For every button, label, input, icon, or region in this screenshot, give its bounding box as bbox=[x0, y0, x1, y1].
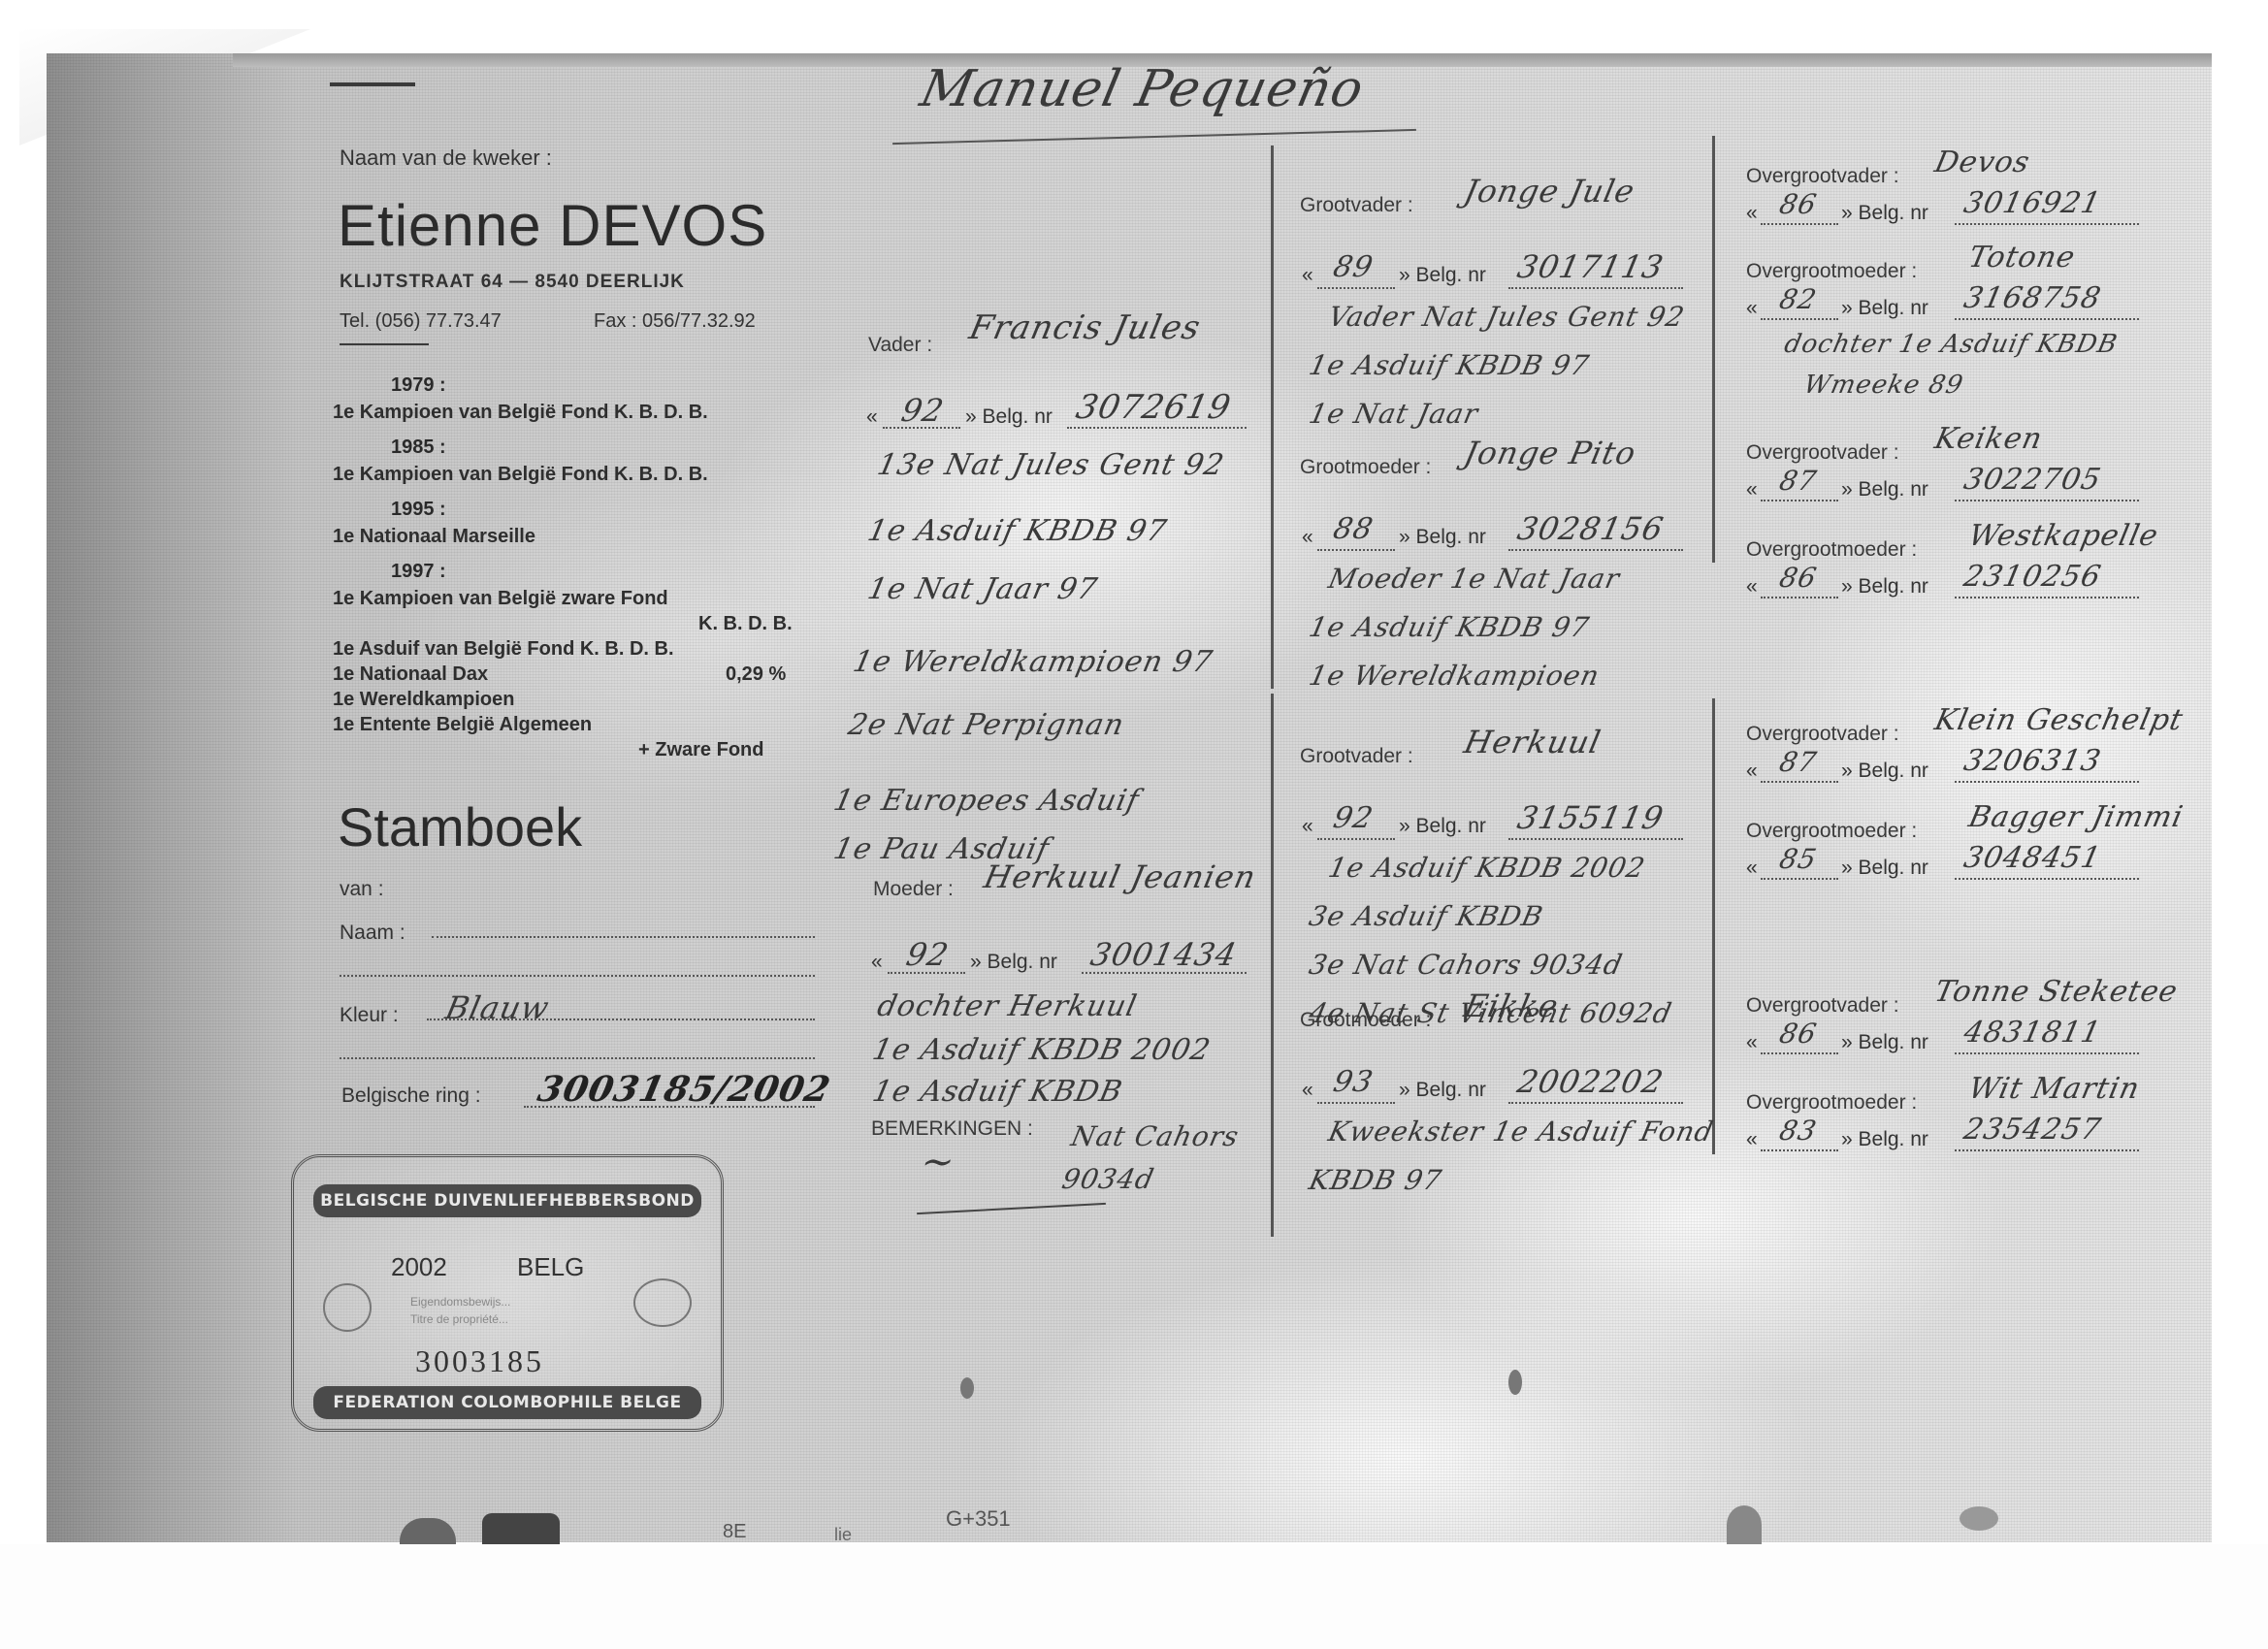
column-divider bbox=[1712, 136, 1715, 563]
overgrootmoeder-4-belg-label: » Belg. nr bbox=[1841, 1128, 1928, 1151]
overgrootvader-3-year-line bbox=[1761, 781, 1838, 783]
achievement-line: 1e Wereldkampioen bbox=[333, 689, 514, 711]
grootmoeder-1-note: Moeder 1e Nat Jaar bbox=[1325, 563, 1623, 595]
achievement-line: K. B. D. B. bbox=[698, 613, 793, 635]
overgrootvader-4-year-open: « bbox=[1746, 1031, 1758, 1054]
overgrootvader-1-label: Overgrootvader : bbox=[1746, 165, 1899, 188]
moeder-year-open: « bbox=[871, 951, 883, 974]
grootmoeder-1-label: Grootmoeder : bbox=[1300, 456, 1431, 479]
moeder-belg-line bbox=[1082, 972, 1247, 974]
grootmoeder-2-year-line bbox=[1317, 1102, 1395, 1104]
vader-year-line bbox=[883, 427, 960, 429]
overgrootvader-2-name: Keiken bbox=[1931, 422, 2046, 456]
grootvader-2-year-line bbox=[1317, 838, 1395, 840]
naam-field-line2 bbox=[340, 975, 815, 977]
overgrootmoeder-3-year-line bbox=[1761, 878, 1838, 880]
vader-belg-label: » Belg. nr bbox=[965, 405, 1053, 429]
grootmoeder-2-belg-line bbox=[1508, 1102, 1683, 1104]
overgrootvader-3-belg-nr: 3206313 bbox=[1960, 744, 2104, 778]
overgrootvader-2-label: Overgrootvader : bbox=[1746, 441, 1899, 465]
achievement-year: 1985 : bbox=[391, 436, 446, 459]
breeder-phone: Tel. (056) 77.73.47 bbox=[340, 310, 502, 333]
grootvader-2-label: Grootvader : bbox=[1300, 745, 1413, 768]
grootvader-1-name: Jonge Jule bbox=[1461, 173, 1638, 210]
kleur-label: Kleur : bbox=[340, 1004, 399, 1027]
overgrootvader-4-year: 86 bbox=[1776, 1018, 1820, 1050]
overgrootvader-4-belg-line bbox=[1955, 1052, 2139, 1054]
grootvader-1-year: 89 bbox=[1330, 250, 1377, 284]
kleur-field-line2 bbox=[340, 1057, 815, 1059]
grootvader-1-note: 1e Nat Jaar bbox=[1306, 398, 1481, 430]
achievement-line: 1e Kampioen van België Fond K. B. D. B. bbox=[333, 402, 708, 424]
overgrootvader-1-belg-nr: 3016921 bbox=[1960, 186, 2104, 220]
grootvader-2-belg-label: » Belg. nr bbox=[1399, 815, 1486, 838]
overgrootmoeder-1-note: Wmeeke 89 bbox=[1801, 371, 1966, 400]
kleur-value: Blauw bbox=[442, 989, 553, 1026]
overgrootmoeder-3-name: Bagger Jimmi bbox=[1965, 800, 2187, 834]
bottom-text: G+351 bbox=[946, 1506, 1011, 1532]
overgrootmoeder-1-label: Overgrootmoeder : bbox=[1746, 260, 1917, 283]
vader-note: 1e Wereldkampioen 97 bbox=[850, 645, 1215, 679]
grootvader-1-note: Vader Nat Jules Gent 92 bbox=[1325, 301, 1687, 333]
belg-nr-label: Belg. nr bbox=[1416, 264, 1486, 286]
vader-note: 1e Asduif KBDB 97 bbox=[864, 514, 1170, 548]
owner-signature: Manuel Pequeño bbox=[916, 60, 1370, 118]
moeder-name: Herkuul Jeanien bbox=[981, 858, 1259, 895]
grootmoeder-2-belg-label: » Belg. nr bbox=[1399, 1079, 1486, 1102]
overgrootmoeder-4-label: Overgrootmoeder : bbox=[1746, 1091, 1917, 1115]
van-label: van : bbox=[340, 878, 384, 901]
overgrootmoeder-1-name: Totone bbox=[1965, 241, 2078, 275]
achievement-line: 1e Asduif van België Fond K. B. D. B. bbox=[333, 638, 674, 661]
grootmoeder-2-name: Eikke bbox=[1461, 987, 1562, 1024]
belg-nr-label: Belg. nr bbox=[1859, 297, 1928, 319]
overgrootmoeder-4-year: 83 bbox=[1776, 1115, 1820, 1147]
grootmoeder-2-note: KBDB 97 bbox=[1306, 1164, 1444, 1196]
top-dash-mark bbox=[330, 82, 415, 86]
bottom-text: 8E bbox=[723, 1521, 746, 1543]
grootmoeder-1-belg-nr: 3028156 bbox=[1514, 510, 1668, 547]
grootmoeder-1-year: 88 bbox=[1330, 512, 1377, 546]
achievement-dax-value: 0,29 % bbox=[726, 663, 786, 686]
scan-bottom-margin bbox=[0, 1544, 2268, 1649]
kleur-field bbox=[427, 1018, 815, 1020]
vader-belg-line bbox=[1067, 427, 1247, 429]
overgrootmoeder-2-name: Westkapelle bbox=[1965, 519, 2161, 553]
achievement-year: 1995 : bbox=[391, 499, 446, 521]
overgrootvader-3-year-open: « bbox=[1746, 760, 1758, 783]
overgrootmoeder-3-belg-nr: 3048451 bbox=[1960, 841, 2104, 875]
grootvader-2-belg-nr: 3155119 bbox=[1514, 799, 1668, 836]
naam-label: Naam : bbox=[340, 921, 405, 945]
overgrootmoeder-2-year: 86 bbox=[1776, 562, 1820, 594]
grootmoeder-1-name: Jonge Pito bbox=[1461, 435, 1639, 471]
bottom-fragment bbox=[1960, 1506, 1998, 1531]
overgrootmoeder-2-belg-line bbox=[1955, 597, 2139, 598]
overgrootvader-1-belg-label: » Belg. nr bbox=[1841, 202, 1928, 225]
breeder-rule bbox=[340, 343, 429, 345]
grootvader-1-belg-nr: 3017113 bbox=[1514, 248, 1668, 285]
achievement-line: 1e Kampioen van België Fond K. B. D. B. bbox=[333, 464, 708, 486]
overgrootmoeder-1-note: dochter 1e Asduif KBDB bbox=[1782, 330, 2121, 359]
overgrootvader-2-year-open: « bbox=[1746, 478, 1758, 501]
moeder-note: 1e Asduif KBDB 2002 bbox=[869, 1033, 1214, 1067]
overgrootmoeder-2-belg-label: » Belg. nr bbox=[1841, 575, 1928, 598]
seal-emblem-right bbox=[633, 1278, 692, 1327]
overgrootvader-3-year: 87 bbox=[1776, 746, 1820, 778]
grootvader-1-year-line bbox=[1317, 287, 1395, 289]
overgrootvader-4-year-line bbox=[1761, 1052, 1838, 1054]
seal-faint-line: Titre de propriété... bbox=[410, 1312, 508, 1326]
punch-hole bbox=[1508, 1370, 1522, 1395]
bemerkingen-value: Nat Cahors 9034d bbox=[1058, 1115, 1280, 1201]
belg-nr-label: Belg. nr bbox=[988, 951, 1057, 973]
grootvader-2-name: Herkuul bbox=[1461, 724, 1604, 760]
belg-nr-label: Belg. nr bbox=[1859, 857, 1928, 879]
belg-nr-label: Belg. nr bbox=[1416, 526, 1486, 548]
breeder-label: Naam van de kweker : bbox=[340, 145, 552, 171]
seal-year: 2002 bbox=[391, 1252, 447, 1282]
column-divider bbox=[1271, 145, 1274, 689]
overgrootmoeder-4-name: Wit Martin bbox=[1965, 1072, 2143, 1106]
vader-year: 92 bbox=[898, 392, 948, 429]
overgrootvader-4-label: Overgrootvader : bbox=[1746, 994, 1899, 1018]
overgrootvader-3-belg-line bbox=[1955, 781, 2139, 783]
overgrootmoeder-2-year-open: « bbox=[1746, 575, 1758, 598]
belg-nr-label: Belg. nr bbox=[1859, 760, 1928, 782]
achievement-line: 1e Kampioen van België zware Fond bbox=[333, 588, 668, 610]
overgrootmoeder-1-year-line bbox=[1761, 318, 1838, 320]
seal-country: BELG bbox=[517, 1252, 584, 1282]
grootvader-1-label: Grootvader : bbox=[1300, 194, 1413, 217]
punch-hole bbox=[960, 1377, 974, 1399]
breeder-name: Etienne DEVOS bbox=[338, 192, 767, 259]
grootvader-2-note: 3e Nat Cahors 9034d bbox=[1306, 949, 1625, 981]
vader-name: Francis Jules bbox=[966, 308, 1205, 347]
overgrootvader-4-belg-nr: 4831811 bbox=[1960, 1016, 2104, 1050]
overgrootvader-2-belg-nr: 3022705 bbox=[1960, 463, 2104, 497]
bemerkingen-label: BEMERKINGEN : bbox=[871, 1117, 1033, 1141]
breeder-address: KLIJTSTRAAT 64 — 8540 DEERLIJK bbox=[340, 272, 685, 293]
grootmoeder-2-label: Grootmoeder : bbox=[1300, 1009, 1431, 1032]
achievement-line: 1e Nationaal Dax bbox=[333, 663, 488, 686]
seal-faint-line: Eigendomsbewijs... bbox=[410, 1295, 510, 1309]
achievement-year: 1979 : bbox=[391, 374, 446, 397]
grootvader-2-note: 3e Asduif KBDB bbox=[1306, 900, 1546, 932]
belg-nr-label: Belg. nr bbox=[1859, 478, 1928, 501]
belg-nr-label: Belg. nr bbox=[1859, 575, 1928, 598]
overgrootmoeder-4-belg-nr: 2354257 bbox=[1960, 1113, 2104, 1147]
grootmoeder-1-note: 1e Wereldkampioen bbox=[1306, 660, 1603, 692]
belg-nr-label: Belg. nr bbox=[1859, 1128, 1928, 1150]
achievement-line: 1e Entente België Algemeen bbox=[333, 714, 592, 736]
overgrootvader-1-year: 86 bbox=[1776, 188, 1820, 220]
vader-belg-nr: 3072619 bbox=[1073, 388, 1235, 427]
grootmoeder-2-year: 93 bbox=[1330, 1065, 1377, 1099]
overgrootvader-2-belg-line bbox=[1955, 500, 2139, 501]
moeder-belg-nr: 3001434 bbox=[1087, 936, 1241, 973]
moeder-belg-label: » Belg. nr bbox=[970, 951, 1057, 974]
seal-top-banner: BELGISCHE DUIVENLIEFHEBBERSBOND bbox=[313, 1184, 701, 1217]
overgrootmoeder-2-belg-nr: 2310256 bbox=[1960, 560, 2104, 594]
overgrootmoeder-4-belg-line bbox=[1955, 1149, 2139, 1151]
overgrootmoeder-1-year-open: « bbox=[1746, 297, 1758, 320]
overgrootmoeder-4-year-line bbox=[1761, 1149, 1838, 1151]
moeder-note: 1e Asduif KBDB bbox=[869, 1075, 1125, 1109]
overgrootvader-2-year-line bbox=[1761, 500, 1838, 501]
vader-label: Vader : bbox=[868, 334, 932, 357]
seal-emblem-left bbox=[323, 1283, 372, 1332]
overgrootvader-4-belg-label: » Belg. nr bbox=[1841, 1031, 1928, 1054]
grootmoeder-1-note: 1e Asduif KBDB 97 bbox=[1306, 611, 1592, 643]
grootmoeder-2-year-open: « bbox=[1302, 1079, 1313, 1102]
overgrootmoeder-1-belg-nr: 3168758 bbox=[1960, 281, 2104, 315]
grootvader-1-note: 1e Asduif KBDB 97 bbox=[1306, 349, 1592, 381]
vader-year-open: « bbox=[866, 405, 878, 429]
belg-nr-label: Belg. nr bbox=[1416, 1079, 1486, 1101]
belg-nr-label: Belg. nr bbox=[1859, 1031, 1928, 1053]
vader-note: 1e Europees Asduif bbox=[830, 784, 1142, 818]
overgrootmoeder-2-year-line bbox=[1761, 597, 1838, 598]
seal-bottom-banner: FEDERATION COLOMBOPHILE BELGE bbox=[313, 1386, 701, 1419]
overgrootmoeder-3-belg-label: » Belg. nr bbox=[1841, 857, 1928, 880]
stamboek-title: Stamboek bbox=[338, 795, 582, 858]
belg-nr-label: Belg. nr bbox=[1416, 815, 1486, 837]
overgrootvader-1-year-open: « bbox=[1746, 202, 1758, 225]
moeder-note: dochter Herkuul bbox=[874, 989, 1140, 1023]
bottom-text: lie bbox=[834, 1525, 852, 1545]
vader-note: 2e Nat Perpignan bbox=[845, 708, 1127, 742]
overgrootvader-2-belg-label: » Belg. nr bbox=[1841, 478, 1928, 501]
grootvader-1-belg-label: » Belg. nr bbox=[1399, 264, 1486, 287]
grootmoeder-2-note: Kweekster 1e Asduif Fond bbox=[1325, 1115, 1716, 1148]
achievement-line: + Zware Fond bbox=[638, 739, 763, 761]
overgrootvader-1-belg-line bbox=[1955, 223, 2139, 225]
moeder-label: Moeder : bbox=[873, 878, 954, 901]
ring-label: Belgische ring : bbox=[341, 1084, 481, 1108]
ring-field bbox=[524, 1106, 815, 1108]
bottom-fragment bbox=[482, 1513, 560, 1544]
ring-value: 3003185/2002 bbox=[535, 1069, 835, 1110]
overgrootmoeder-3-year: 85 bbox=[1776, 843, 1820, 875]
moeder-year-line bbox=[888, 972, 965, 974]
belg-nr-label: Belg. nr bbox=[983, 405, 1053, 428]
grootvader-2-belg-line bbox=[1508, 838, 1683, 840]
grootvader-2-note: 1e Asduif KBDB 2002 bbox=[1325, 852, 1648, 884]
overgrootmoeder-3-label: Overgrootmoeder : bbox=[1746, 820, 1917, 843]
grootmoeder-1-year-open: « bbox=[1302, 526, 1313, 549]
overgrootvader-4-name: Tonne Steketee bbox=[1931, 975, 2181, 1009]
naam-field bbox=[432, 936, 815, 938]
grootvader-2-year: 92 bbox=[1330, 801, 1377, 835]
overgrootvader-3-belg-label: » Belg. nr bbox=[1841, 760, 1928, 783]
achievement-line: 1e Nationaal Marseille bbox=[333, 526, 535, 548]
column-divider bbox=[1271, 694, 1274, 1237]
overgrootmoeder-3-belg-line bbox=[1955, 878, 2139, 880]
grootmoeder-1-year-line bbox=[1317, 549, 1395, 551]
grootvader-1-belg-line bbox=[1508, 287, 1683, 289]
overgrootvader-3-name: Klein Geschelpt bbox=[1931, 703, 2187, 737]
overgrootmoeder-2-label: Overgrootmoeder : bbox=[1746, 538, 1917, 562]
breeder-fax: Fax : 056/77.32.92 bbox=[594, 310, 756, 333]
overgrootmoeder-1-belg-line bbox=[1955, 318, 2139, 320]
overgrootmoeder-4-year-open: « bbox=[1746, 1128, 1758, 1151]
overgrootvader-2-year: 87 bbox=[1776, 465, 1820, 497]
vader-note: 13e Nat Jules Gent 92 bbox=[874, 448, 1227, 482]
overgrootmoeder-1-belg-label: » Belg. nr bbox=[1841, 297, 1928, 320]
grootvader-1-year-open: « bbox=[1302, 264, 1313, 287]
grootvader-2-year-open: « bbox=[1302, 815, 1313, 838]
overgrootvader-1-year-line bbox=[1761, 223, 1838, 225]
grootmoeder-1-belg-label: » Belg. nr bbox=[1399, 526, 1486, 549]
grootmoeder-2-belg-nr: 2002202 bbox=[1514, 1063, 1668, 1100]
overgrootmoeder-1-year: 82 bbox=[1776, 283, 1820, 315]
overgrootvader-1-name: Devos bbox=[1931, 145, 2033, 179]
belg-nr-label: Belg. nr bbox=[1859, 202, 1928, 224]
achievement-year: 1997 : bbox=[391, 561, 446, 583]
moeder-year: 92 bbox=[903, 936, 953, 973]
overgrootvader-3-label: Overgrootvader : bbox=[1746, 723, 1899, 746]
bottom-fragment bbox=[1727, 1505, 1762, 1544]
seal-ring-number: 3003185 bbox=[415, 1343, 544, 1379]
grootmoeder-1-belg-line bbox=[1508, 549, 1683, 551]
ring-certificate-seal: BELGISCHE DUIVENLIEFHEBBERSBOND 2002 BEL… bbox=[291, 1154, 724, 1432]
vader-note: 1e Nat Jaar 97 bbox=[864, 572, 1100, 606]
overgrootmoeder-3-year-open: « bbox=[1746, 857, 1758, 880]
